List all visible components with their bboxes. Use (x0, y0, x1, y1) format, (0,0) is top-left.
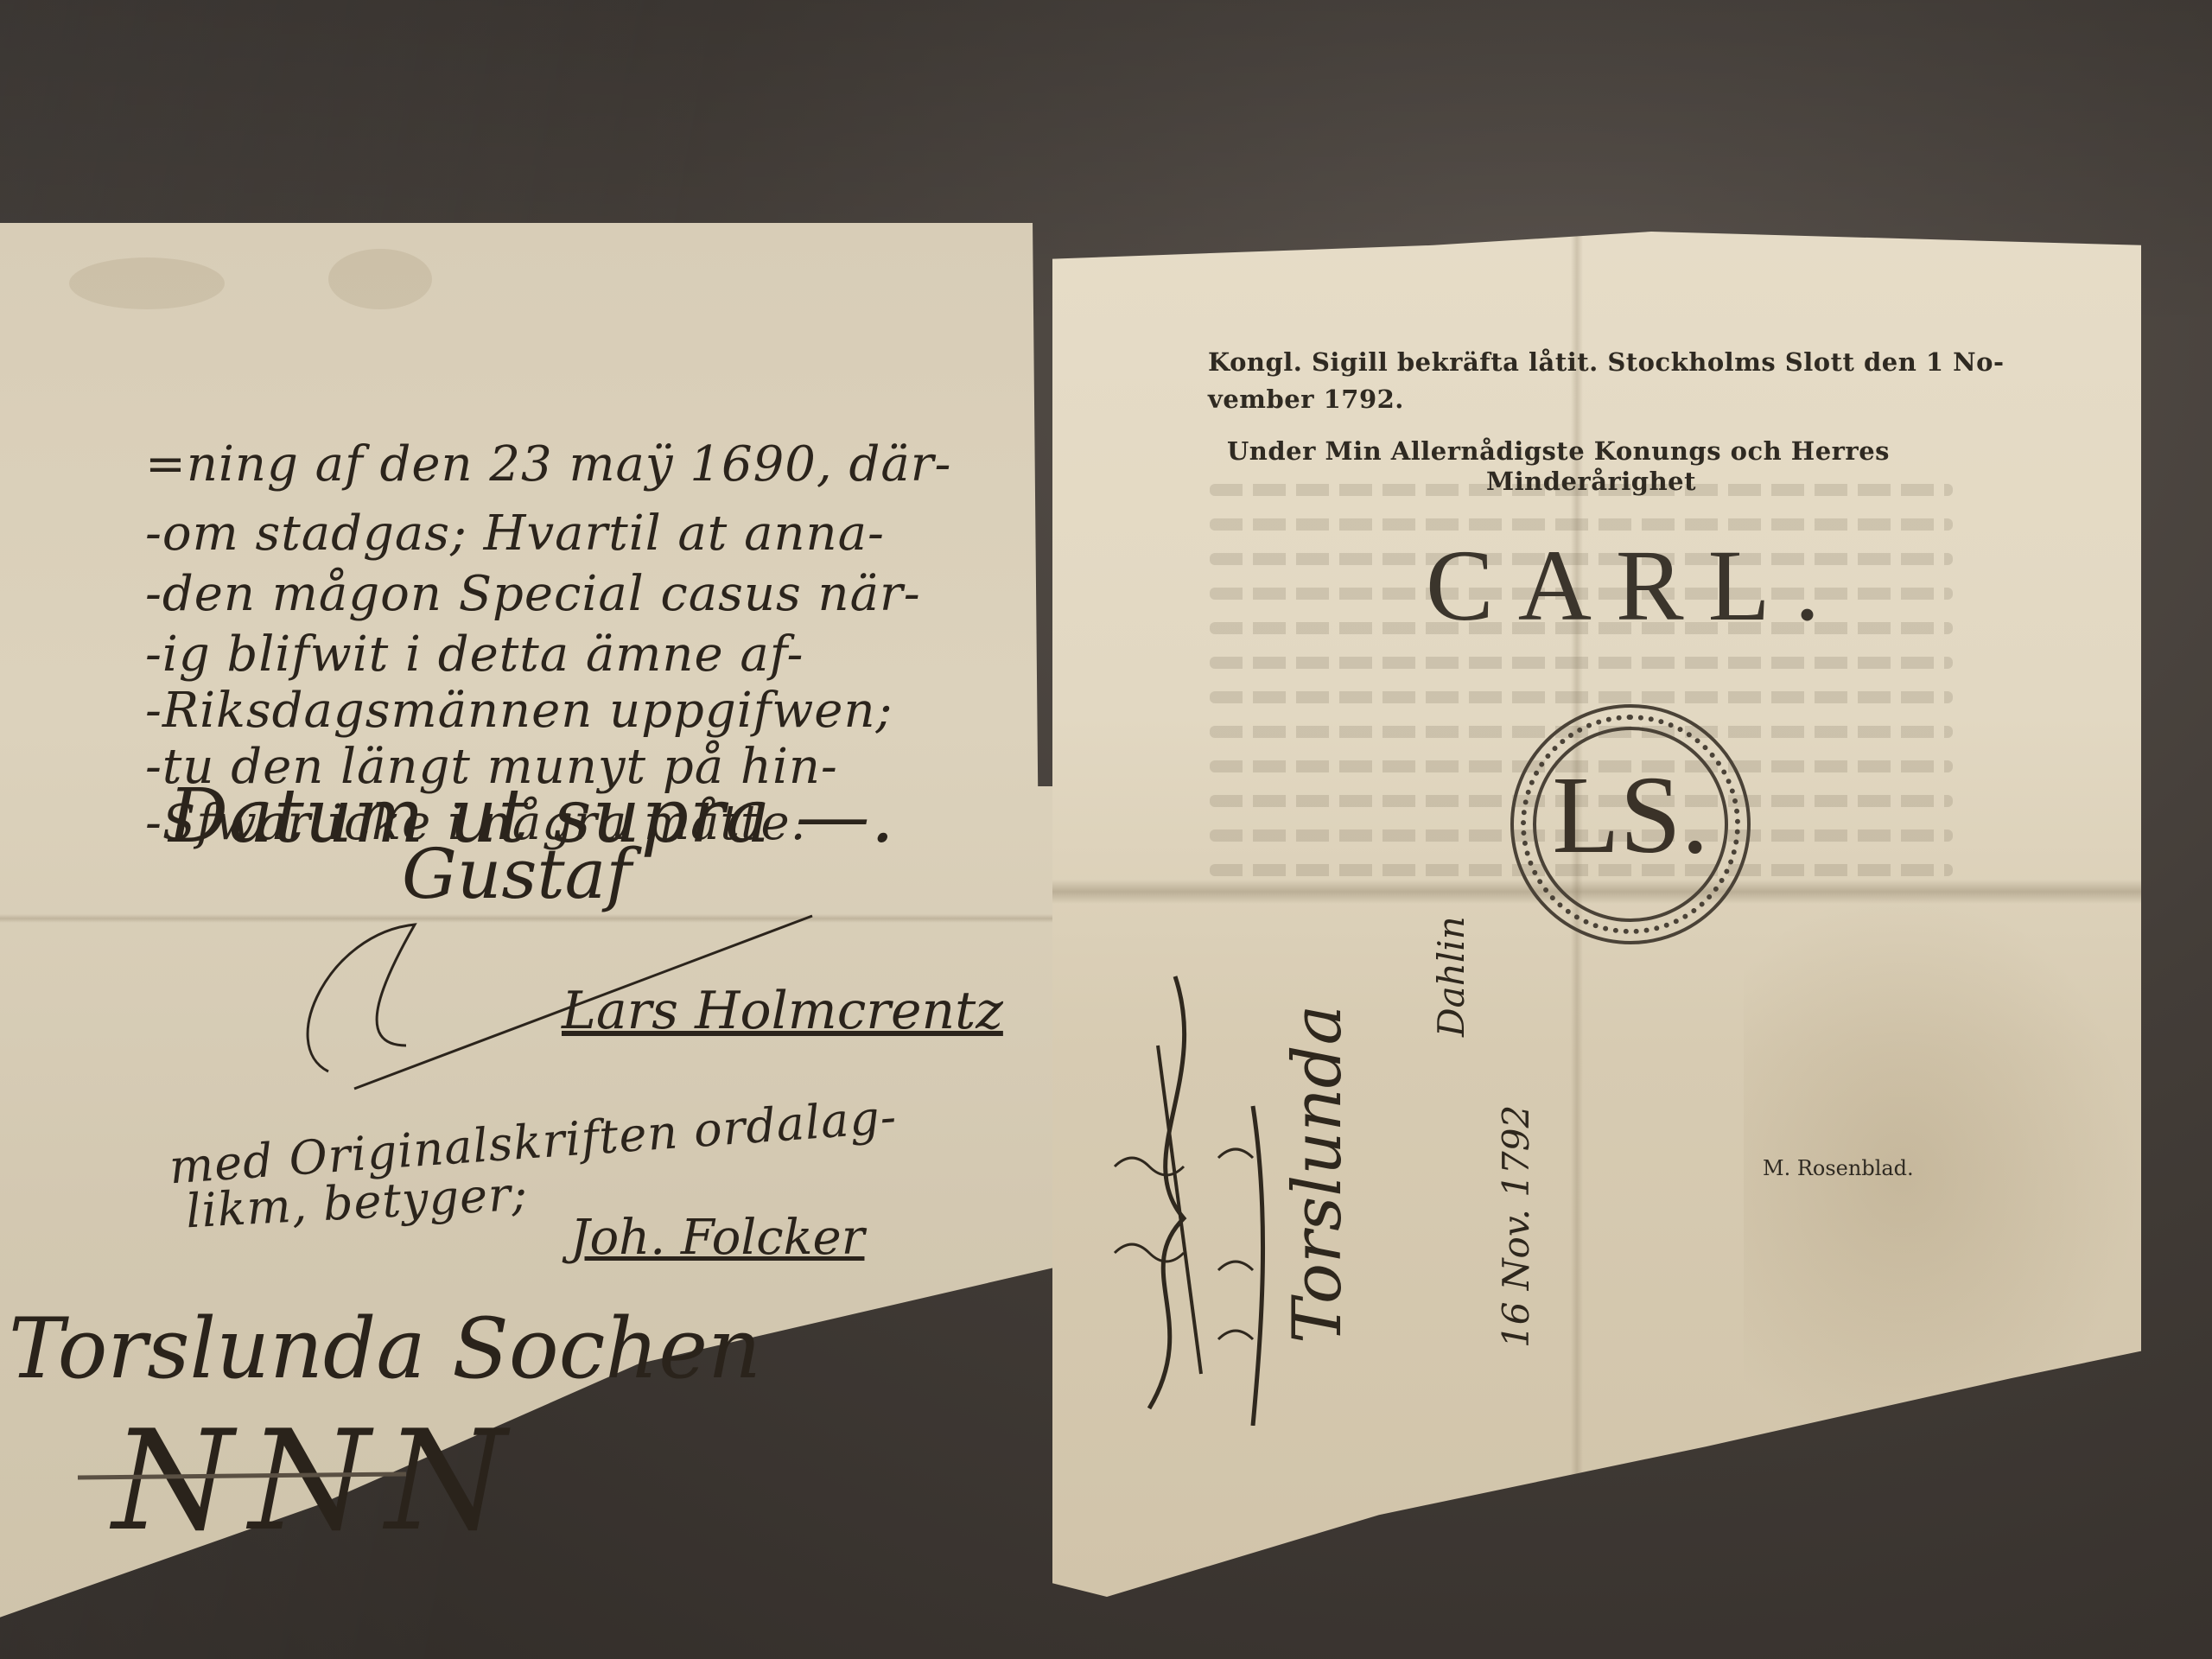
parish-name: Torslunda Sochen (9, 1300, 761, 1397)
header-line-2: vember 1792. (1208, 385, 1404, 414)
signature-folcker: Joh. Folcker (570, 1210, 864, 1266)
paper-stain (69, 257, 225, 309)
countersignature: M. Rosenblad. (1763, 1156, 1914, 1180)
manuscript-line-4: -ig blifwit i detta ämne af- (145, 626, 804, 683)
subtitle-line-2: Minderårighet (1486, 467, 1696, 496)
manuscript-line-2: -om stadgas; Hvartil at anna- (145, 505, 885, 562)
ls-seal: LS. (1510, 704, 1751, 944)
manuscript-line-5: -Riksdagsmännen uppgifwen; (145, 683, 893, 739)
document-title: CARL. (1426, 527, 1844, 645)
margin-note-torslunda: Torslunda (1279, 1005, 1357, 1344)
margin-note-date: 16 Nov. 1792 (1495, 1105, 1537, 1348)
header-line-1: Kongl. Sigill bekräfta låtit. Stockholms… (1208, 347, 2005, 377)
margin-note-dahlin: Dahlin (1430, 916, 1472, 1037)
signature-holmcrentz: Lars Holmcrentz (562, 981, 1003, 1041)
manuscript-line-1: =ning af den 23 maÿ 1690, där- (145, 436, 951, 493)
monogram-underline (78, 1460, 441, 1495)
paper-stain (328, 249, 432, 309)
seal-letters: LS. (1514, 760, 1747, 870)
manuscript-line-3: -den mågon Special casus när- (145, 566, 921, 622)
subtitle-line-1: Under Min Allernådigste Konungs och Herr… (1227, 436, 1890, 466)
royal-flourish-signature (1080, 942, 1305, 1426)
